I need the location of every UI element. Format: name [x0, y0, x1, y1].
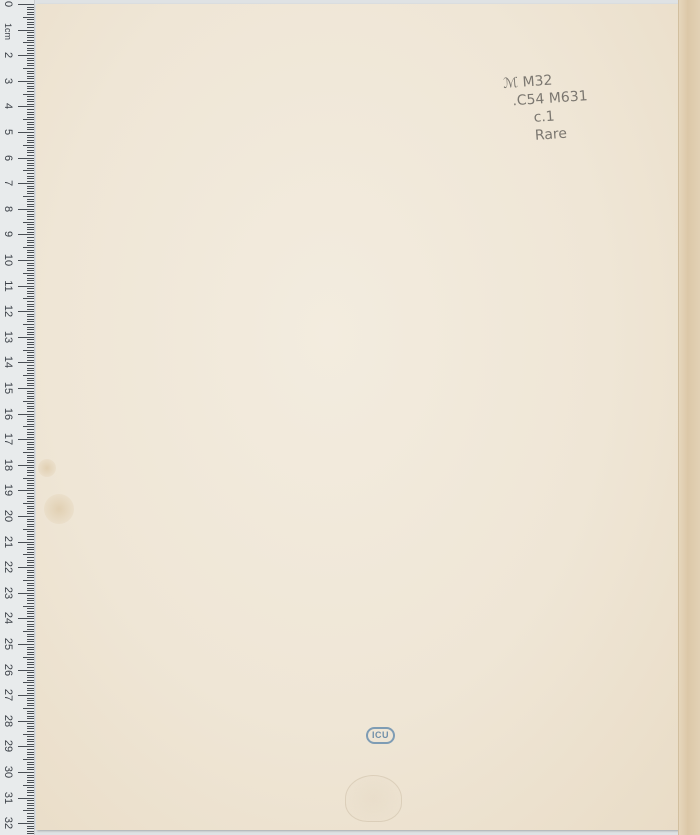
call-number-annotation: ℳ M32 .C54 M631 c.1 Rare: [503, 69, 591, 147]
ruler-tick: [27, 611, 34, 612]
ruler-tick: [27, 585, 34, 586]
ruler-tick: [27, 385, 34, 386]
ruler-tick: [23, 759, 34, 760]
ruler-tick: [27, 659, 34, 660]
ruler-tick: [18, 798, 34, 799]
ruler-tick: [27, 716, 34, 717]
ruler-tick: [27, 319, 34, 320]
ruler-tick: [23, 298, 34, 299]
ruler-tick: [27, 790, 34, 791]
ruler-tick: [27, 104, 34, 105]
ruler-tick: [27, 240, 34, 241]
ruler-tick: [27, 301, 34, 302]
ruler-tick: [27, 7, 34, 8]
ruler-tick: [27, 398, 34, 399]
ruler-tick: [27, 35, 34, 36]
ruler-tick: [27, 649, 34, 650]
ruler-tick: [27, 595, 34, 596]
ruler-tick: [27, 501, 34, 502]
ruler-number: 20: [2, 509, 14, 523]
ruler-tick: [23, 42, 34, 43]
ruler-tick: [27, 828, 34, 829]
ruler-tick: [27, 690, 34, 691]
ruler-tick: [23, 734, 34, 735]
ruler-tick: [27, 603, 34, 604]
ruler-tick: [27, 577, 34, 578]
ruler-tick: [23, 708, 34, 709]
ruler-tick: [27, 204, 34, 205]
ruler-tick: [27, 741, 34, 742]
ruler-tick: [18, 260, 34, 261]
ruler-tick: [27, 347, 34, 348]
ruler-tick: [27, 178, 34, 179]
ruler-tick: [27, 176, 34, 177]
ruler-number: 14: [2, 355, 14, 369]
ruler-tick: [27, 434, 34, 435]
ruler-number: 3: [2, 74, 14, 88]
ruler-tick: [18, 670, 34, 671]
ruler-tick: [27, 83, 34, 84]
ruler-tick: [27, 608, 34, 609]
ruler-tick: [27, 775, 34, 776]
ruler-tick: [27, 122, 34, 123]
ruler-tick: [27, 373, 34, 374]
ruler-tick: [27, 199, 34, 200]
ruler-tick: [27, 71, 34, 72]
ruler-tick: [27, 526, 34, 527]
ruler-tick: [18, 439, 34, 440]
rare-label: Rare: [534, 123, 590, 145]
ruler-number: 2: [2, 48, 14, 62]
ruler-tick: [27, 99, 34, 100]
ruler-tick: [27, 769, 34, 770]
ruler-tick: [18, 542, 34, 543]
ruler-tick: [27, 557, 34, 558]
ruler-tick: [27, 137, 34, 138]
ruler-tick: [27, 135, 34, 136]
ruler-number: 32: [2, 816, 14, 830]
ruler-tick: [27, 485, 34, 486]
ruler-tick: [18, 516, 34, 517]
ruler-tick: [27, 232, 34, 233]
ruler-tick: [27, 201, 34, 202]
ruler-tick: [27, 718, 34, 719]
ruler-tick: [27, 552, 34, 553]
ruler-tick: [27, 821, 34, 822]
ruler-tick: [27, 155, 34, 156]
ruler-tick: [18, 644, 34, 645]
ruler-tick: [27, 383, 34, 384]
ruler-number: 25: [2, 637, 14, 651]
ruler-tick: [27, 368, 34, 369]
ruler-tick: [27, 754, 34, 755]
ruler-tick: [27, 767, 34, 768]
ruler-tick: [27, 744, 34, 745]
ruler-tick: [27, 309, 34, 310]
ruler-tick: [27, 780, 34, 781]
ruler-tick: [18, 772, 34, 773]
ruler-tick: [27, 229, 34, 230]
ruler-tick: [27, 652, 34, 653]
ruler-tick: [27, 475, 34, 476]
ruler-tick: [27, 816, 34, 817]
ruler-tick: [27, 37, 34, 38]
ruler-tick: [27, 191, 34, 192]
ruler-tick: [27, 76, 34, 77]
ruler-tick: [27, 483, 34, 484]
ruler-tick: [27, 329, 34, 330]
ruler-tick: [27, 449, 34, 450]
ruler-tick: [23, 529, 34, 530]
ruler-tick: [27, 242, 34, 243]
ruler-number: 27: [2, 688, 14, 702]
ruler-number: 10: [2, 253, 14, 267]
ruler-tick: [27, 521, 34, 522]
ruler-tick: [23, 580, 34, 581]
ruler-tick: [27, 91, 34, 92]
ruler-tick: [27, 96, 34, 97]
ruler-tick: [27, 252, 34, 253]
ruler-tick: [27, 370, 34, 371]
ruler-tick: [27, 280, 34, 281]
ruler-tick: [27, 513, 34, 514]
ruler-tick: [27, 173, 34, 174]
ruler-tick: [27, 472, 34, 473]
ruler-tick: [27, 237, 34, 238]
ruler-tick: [27, 536, 34, 537]
ruler-tick: [27, 470, 34, 471]
ruler-tick: [27, 462, 34, 463]
ruler-number: 16: [2, 407, 14, 421]
ruler-tick: [27, 268, 34, 269]
ruler-tick: [27, 224, 34, 225]
ruler-tick: [27, 275, 34, 276]
ruler-tick: [23, 503, 34, 504]
ruler-tick: [27, 214, 34, 215]
ruler-tick: [27, 560, 34, 561]
ruler-tick: [27, 826, 34, 827]
ruler-tick: [27, 808, 34, 809]
ruler-tick: [27, 296, 34, 297]
ruler-number: 7: [2, 176, 14, 190]
ruler-tick: [27, 63, 34, 64]
ruler-number: 19: [2, 483, 14, 497]
ruler-tick: [27, 419, 34, 420]
ruler-tick: [27, 833, 34, 834]
measurement-ruler: 01cm234567891011121314151617181920212223…: [0, 0, 35, 835]
ruler-tick: [27, 549, 34, 550]
ruler-tick: [27, 408, 34, 409]
ruler-tick: [27, 764, 34, 765]
ruler-number: 1cm: [2, 23, 14, 37]
ruler-tick: [27, 757, 34, 758]
ruler-tick: [27, 703, 34, 704]
ruler-tick: [18, 490, 34, 491]
ruler-tick: [27, 800, 34, 801]
ruler-tick: [23, 452, 34, 453]
ruler-tick: [27, 547, 34, 548]
ruler-tick: [27, 396, 34, 397]
ruler-tick: [23, 68, 34, 69]
ruler-tick: [18, 746, 34, 747]
ruler-tick: [18, 567, 34, 568]
ruler-tick: [23, 657, 34, 658]
ruler-tick: [27, 639, 34, 640]
ruler-tick: [27, 334, 34, 335]
ruler-tick: [23, 273, 34, 274]
ruler-tick: [27, 634, 34, 635]
ruler-tick: [27, 711, 34, 712]
ruler-tick: [27, 263, 34, 264]
ruler-tick: [27, 88, 34, 89]
ruler-tick: [27, 114, 34, 115]
ruler-tick: [23, 606, 34, 607]
ruler-tick: [27, 795, 34, 796]
ruler-tick: [18, 695, 34, 696]
ruler-tick: [23, 94, 34, 95]
ruler-tick: [27, 73, 34, 74]
ruler-tick: [27, 624, 34, 625]
ruler-tick: [27, 411, 34, 412]
ruler-tick: [27, 565, 34, 566]
ruler-tick: [27, 511, 34, 512]
ruler-tick: [27, 165, 34, 166]
ruler-tick: [27, 109, 34, 110]
ruler-number: 5: [2, 125, 14, 139]
ruler-number: 30: [2, 765, 14, 779]
ruler-tick: [27, 352, 34, 353]
ruler-tick: [27, 677, 34, 678]
ruler-number: 11: [2, 279, 14, 293]
ruler-tick: [23, 682, 34, 683]
ruler-tick: [27, 45, 34, 46]
ruler-tick: [27, 339, 34, 340]
ruler-number: 12: [2, 304, 14, 318]
ruler-tick: [18, 388, 34, 389]
ruler-tick: [27, 257, 34, 258]
ruler-tick: [27, 792, 34, 793]
ruler-tick: [18, 311, 34, 312]
ruler-tick: [27, 101, 34, 102]
ruler-tick: [27, 421, 34, 422]
ruler-tick: [27, 583, 34, 584]
ruler-tick: [27, 293, 34, 294]
ruler-number: 26: [2, 663, 14, 677]
ruler-tick: [27, 19, 34, 20]
ruler-tick: [27, 667, 34, 668]
ruler-tick: [27, 480, 34, 481]
ruler-number: 22: [2, 560, 14, 574]
ruler-tick: [27, 460, 34, 461]
ruler-tick: [27, 752, 34, 753]
ruler-tick: [18, 4, 34, 5]
ruler-tick: [27, 749, 34, 750]
ruler-tick: [27, 598, 34, 599]
ruler-tick: [27, 680, 34, 681]
ruler-tick: [27, 455, 34, 456]
ruler-tick: [18, 81, 34, 82]
library-stamp: ICU: [366, 727, 395, 744]
ruler-tick: [27, 65, 34, 66]
ruler-tick: [27, 12, 34, 13]
ruler-tick: [27, 705, 34, 706]
ruler-tick: [18, 593, 34, 594]
ruler-tick: [27, 664, 34, 665]
ruler-tick: [27, 762, 34, 763]
ruler-tick: [27, 391, 34, 392]
ruler-tick: [27, 713, 34, 714]
ruler-tick: [27, 181, 34, 182]
ruler-tick: [18, 183, 34, 184]
ruler-tick: [27, 616, 34, 617]
ruler-tick: [27, 219, 34, 220]
ruler-tick: [23, 222, 34, 223]
ruler-tick: [18, 209, 34, 210]
ruler-tick: [27, 534, 34, 535]
ruler-tick: [27, 14, 34, 15]
ruler-tick: [27, 9, 34, 10]
ruler-tick: [27, 378, 34, 379]
ruler-number: 23: [2, 586, 14, 600]
ruler-tick: [23, 401, 34, 402]
ruler-tick: [18, 286, 34, 287]
ruler-number: 29: [2, 739, 14, 753]
ruler-tick: [27, 629, 34, 630]
ruler-tick: [27, 22, 34, 23]
ruler-tick: [27, 672, 34, 673]
ruler-tick: [27, 600, 34, 601]
ruler-tick: [27, 544, 34, 545]
ruler-tick: [27, 206, 34, 207]
ruler-tick: [27, 506, 34, 507]
ruler-number: 31: [2, 791, 14, 805]
ruler-tick: [18, 55, 34, 56]
ruler-tick: [18, 823, 34, 824]
ruler-tick: [27, 818, 34, 819]
ruler-tick: [27, 654, 34, 655]
ruler-tick: [27, 636, 34, 637]
ruler-tick: [27, 288, 34, 289]
ruler-tick: [27, 508, 34, 509]
ruler-tick: [27, 124, 34, 125]
ruler-tick: [27, 321, 34, 322]
ruler-tick: [27, 40, 34, 41]
ruler-tick: [23, 350, 34, 351]
ruler-tick: [27, 278, 34, 279]
ruler-number: 8: [2, 202, 14, 216]
ruler-tick: [18, 337, 34, 338]
embossed-seal: [345, 775, 402, 822]
ruler-tick: [27, 193, 34, 194]
ruler-tick: [27, 53, 34, 54]
ruler-tick: [27, 112, 34, 113]
ruler-tick: [27, 432, 34, 433]
ruler-tick: [27, 700, 34, 701]
ruler-number: 17: [2, 432, 14, 446]
ruler-tick: [18, 158, 34, 159]
ruler-tick: [27, 360, 34, 361]
ruler-tick: [23, 324, 34, 325]
ruler-tick: [27, 613, 34, 614]
ruler-tick: [23, 196, 34, 197]
ruler-tick: [27, 327, 34, 328]
ruler-tick: [23, 631, 34, 632]
ruler-number: 13: [2, 330, 14, 344]
ruler-tick: [27, 424, 34, 425]
ruler-tick: [27, 457, 34, 458]
ruler-tick: [23, 145, 34, 146]
ruler-tick: [27, 403, 34, 404]
ruler-tick: [27, 685, 34, 686]
ruler-tick: [27, 496, 34, 497]
ruler-number: 9: [2, 227, 14, 241]
ruler-tick: [27, 831, 34, 832]
ruler-tick: [27, 250, 34, 251]
ruler-tick: [27, 150, 34, 151]
ruler-number: 15: [2, 381, 14, 395]
ruler-tick: [23, 170, 34, 171]
ruler-tick: [27, 163, 34, 164]
ruler-tick: [27, 255, 34, 256]
ruler-tick: [18, 234, 34, 235]
ruler-tick: [27, 245, 34, 246]
ruler-tick: [27, 152, 34, 153]
ruler-tick: [27, 406, 34, 407]
ruler-tick: [27, 188, 34, 189]
ruler-tick: [27, 590, 34, 591]
ruler-tick: [27, 641, 34, 642]
ruler-tick: [27, 344, 34, 345]
ruler-tick: [27, 813, 34, 814]
ruler-tick: [27, 731, 34, 732]
ruler-tick: [18, 362, 34, 363]
ruler-tick: [27, 332, 34, 333]
ruler-tick: [27, 688, 34, 689]
ruler-tick: [23, 554, 34, 555]
ruler-tick: [27, 380, 34, 381]
ruler-number: 6: [2, 151, 14, 165]
ruler-tick: [27, 524, 34, 525]
ruler-tick: [27, 227, 34, 228]
ruler-tick: [27, 447, 34, 448]
ruler-tick: [27, 723, 34, 724]
foxing-stain: [44, 494, 74, 524]
ruler-tick: [23, 119, 34, 120]
page-fold-edge: [678, 0, 700, 835]
ruler-tick: [18, 106, 34, 107]
ruler-tick: [27, 805, 34, 806]
ruler-tick: [27, 314, 34, 315]
ruler-tick: [27, 304, 34, 305]
ruler-tick: [27, 147, 34, 148]
ruler-tick: [27, 572, 34, 573]
ruler-tick: [27, 782, 34, 783]
ruler-tick: [27, 429, 34, 430]
ruler-tick: [27, 575, 34, 576]
ruler-tick: [27, 129, 34, 130]
ruler-tick: [23, 785, 34, 786]
ruler-number: 24: [2, 611, 14, 625]
ruler-tick: [27, 570, 34, 571]
ruler-tick: [27, 283, 34, 284]
ruler-tick: [27, 647, 34, 648]
ruler-tick: [27, 86, 34, 87]
ruler-number: 0: [2, 0, 14, 11]
ruler-tick: [27, 777, 34, 778]
ruler-tick: [27, 265, 34, 266]
ruler-tick: [27, 357, 34, 358]
ruler-tick: [18, 132, 34, 133]
